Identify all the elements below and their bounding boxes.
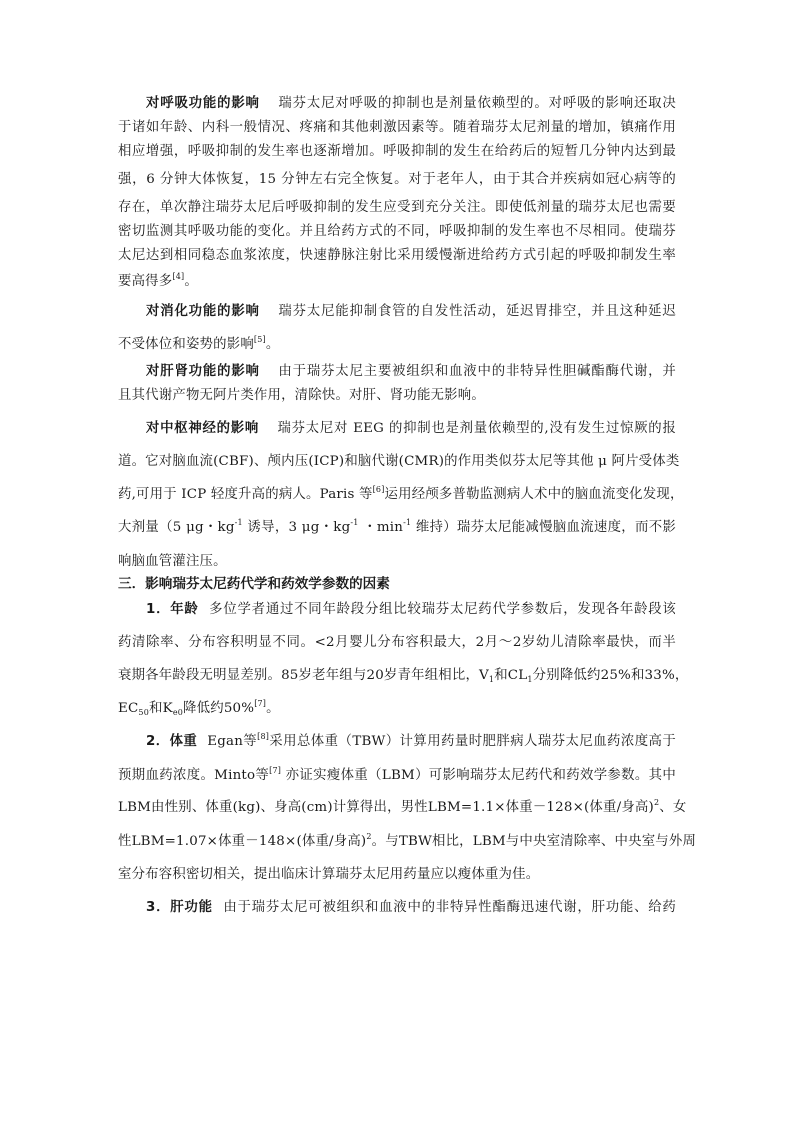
paragraph-respiratory-line-5: 存在，单次静注瑞芬太尼后呼吸抑制的发生应受到充分关注。即使低剂量的瑞芬太尼也需要 (118, 199, 676, 217)
paragraph-weight-line-4: 性LBM=1.07×体重－148×(体重/身高)2。与TBW相比，LBM与中央室… (118, 833, 676, 851)
citation-7: [7] (254, 699, 266, 708)
citation-4: [4] (172, 272, 184, 281)
paragraph-respiratory-line-2: 于诸如年龄、内科一般情况、疼痛和其他刺激因素等。随着瑞芬太尼剂量的增加，镇痛作用 (118, 119, 676, 137)
citation-7b: [7] (269, 766, 281, 775)
paragraph-liver-line-1: 3．肝功能由于瑞芬太尼可被组织和血液中的非特异性酯酶迅速代谢，肝功能、给药 (146, 899, 676, 917)
paragraph-weight-line-2: 预期血药浓度。Minto等[7] 亦证实瘦体重（LBM）可影响瑞芬太尼药代和药效… (118, 767, 676, 785)
paragraph-respiratory-line-6: 密切监测其呼吸功能的变化。并且给药方式的不同，呼吸抑制的发生率也不尽相同。使瑞芬 (118, 223, 676, 241)
paragraph-digestive-line-1: 对消化功能的影响瑞芬太尼能抑制食管的自发性活动，延迟胃排空，并且这种延迟 (146, 303, 676, 321)
paragraph-weight-line-3: LBM由性别、体重(kg)、身高(cm)计算得出，男性LBM=1.1×体重－12… (118, 799, 676, 817)
paragraph-weight-line-5: 室分布容积密切相关，提出临床计算瑞芬太尼用药量应以瘦体重为佳。 (118, 866, 676, 884)
citation-5: [5] (254, 335, 266, 344)
paragraph-cns-line-2: 道。它对脑血流(CBF)、颅内压(ICP)和脑代谢(CMR)的作用类似芬太尼等其… (118, 453, 676, 471)
paragraph-cns-line-1: 对中枢神经的影响瑞芬太尼对 EEG 的抑制也是剂量依赖型的,没有发生过惊厥的报 (146, 420, 676, 438)
paragraph-cns-line-3: 药,可用于 ICP 轻度升高的病人。Paris 等[6]运用经颅多普勒监测病人术… (118, 486, 676, 504)
paragraph-digestive-line-2: 不受体位和姿势的影响[5]。 (118, 336, 676, 354)
factor-title-liver: 3．肝功能 (146, 900, 213, 915)
paragraph-respiratory-line-1: 对呼吸功能的影响瑞芬太尼对呼吸的抑制也是剂量依赖型的。对呼吸的影响还取决 (146, 95, 676, 113)
factor-title-weight: 2．体重 (146, 734, 197, 749)
paragraph-age-line-3: 衰期各年龄段无明显差别。85岁老年组与20岁青年组相比，V1和CL1分别降低约2… (118, 667, 676, 685)
paragraph-liver-kidney-line-2: 且其代谢产物无阿片类作用，清除快。对肝、肾功能无影响。 (118, 387, 676, 405)
paragraph-respiratory-line-3: 相应增强，呼吸抑制的发生率也逐渐增加。呼吸抑制的发生在给药后的短暂几分钟内达到最 (118, 143, 676, 161)
paragraph-respiratory-line-8: 要高得多[4]。 (118, 273, 676, 291)
document-page: 对呼吸功能的影响瑞芬太尼对呼吸的抑制也是剂量依赖型的。对呼吸的影响还取决 于诸如… (0, 0, 793, 1122)
section-title-liver-kidney: 对肝肾功能的影响 (146, 364, 260, 379)
paragraph-cns-line-4: 大剂量（5 μg・kg-1 诱导，3 μg・kg-1 ・min-1 维持）瑞芬太… (118, 519, 676, 537)
paragraph-cns-line-5: 响脑血管灌注压。 (118, 553, 676, 571)
paragraph-age-line-1: 1．年龄多位学者通过不同年龄段分组比较瑞芬太尼药代学参数后，发现各年龄段该 (146, 601, 676, 619)
section-title-digestive: 对消化功能的影响 (146, 304, 260, 319)
section-title-respiratory: 对呼吸功能的影响 (146, 96, 260, 111)
paragraph-age-line-2: 药清除率、分布容积明显不同。<2月婴儿分布容积最大，2月～2岁幼儿清除率最快，而… (118, 634, 676, 652)
citation-8: [8] (257, 732, 269, 741)
citation-6: [6] (373, 485, 385, 494)
section-heading-3: 三．影响瑞芬太尼药代学和药效学参数的因素 (118, 575, 390, 593)
paragraph-respiratory-line-4: 强，6 分钟大体恢复，15 分钟左右完全恢复。对于老年人，由于其合并疾病如冠心病… (118, 171, 676, 189)
section-title-cns: 对中枢神经的影响 (146, 421, 259, 436)
paragraph-age-line-4: EC50和Ke0降低约50%[7]。 (118, 700, 676, 718)
paragraph-weight-line-1: 2．体重Egan等[8]采用总体重（TBW）计算用药量时肥胖病人瑞芬太尼血药浓度… (146, 733, 676, 751)
paragraph-liver-kidney-line-1: 对肝肾功能的影响由于瑞芬太尼主要被组织和血液中的非特异性胆碱酯酶代谢，并 (146, 363, 676, 381)
paragraph-respiratory-line-7: 太尼达到相同稳态血浆浓度，快速静脉注射比采用缓慢渐进给药方式引起的呼吸抑制发生率 (118, 247, 676, 265)
factor-title-age: 1．年龄 (146, 602, 199, 617)
